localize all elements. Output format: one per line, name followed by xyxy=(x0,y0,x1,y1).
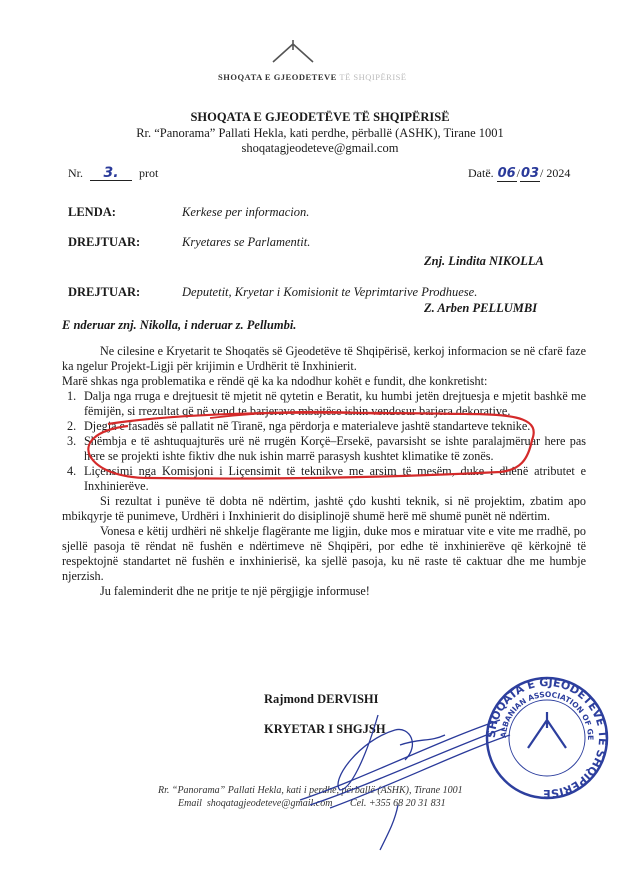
signatory-name: Rajmond DERVISHI xyxy=(264,692,379,707)
list-item: 4.Liçensimi nga Komisjoni i Liçensimit t… xyxy=(62,464,586,494)
problem-list: 1.Dalja nga rruga e drejtuesit të mjetit… xyxy=(62,389,586,494)
letter-body: Ne cilesine e Kryetarit te Shoqatës së G… xyxy=(62,344,586,599)
logo-triangle-icon xyxy=(268,40,318,66)
paragraph-results: Si rezultat i punëve të dobta në ndërtim… xyxy=(62,494,586,524)
date-year: 2024 xyxy=(546,166,570,180)
list-item: 3.Shëmbja e të ashtuquajturës urë në rru… xyxy=(62,434,586,464)
nr-suffix: prot xyxy=(139,166,158,180)
list-item: 2.Djegja e fasadës së pallatit në Tiranë… xyxy=(62,419,586,434)
nr-value: 3. xyxy=(90,166,132,181)
date-separator: / xyxy=(540,166,543,180)
protocol-number: Nr. 3. prot xyxy=(68,166,158,181)
logo-caption: SHOQATA E GJEODETEVE TË SHQIPËRISË xyxy=(218,72,407,82)
subject-label: LENDA: xyxy=(68,205,116,220)
logo-caption-faded: TË SHQIPËRISË xyxy=(339,72,406,82)
svg-text:SHOQATA E GJEODETEVE TE SHQIPE: SHOQATA E GJEODETEVE TE SHQIPERISE xyxy=(485,676,609,800)
list-item: 1.Dalja nga rruga e drejtuesit të mjetit… xyxy=(62,389,586,419)
addressee-1-role: Kryetares se Parlamentit. xyxy=(182,235,310,250)
list-number: 4. xyxy=(67,464,76,479)
org-address: Rr. “Panorama” Pallati Hekla, kati perdh… xyxy=(0,126,640,141)
paragraph-delay: Vonesa e këtij urdhëri në shkelje flagër… xyxy=(62,524,586,584)
subject-value: Kerkese per informacion. xyxy=(182,205,309,220)
signatory-title: KRYETAR I SHGJSH xyxy=(264,722,386,737)
date-label: Datë. xyxy=(468,166,494,180)
list-text: Shëmbja e të ashtuquajturës urë në rrugë… xyxy=(84,434,586,463)
footer-address: Rr. “Panorama” Pallati Hekla, kati i per… xyxy=(158,785,463,796)
intro-paragraph-2: Marë shkas nga problematika e rëndë që k… xyxy=(62,374,586,389)
list-text: Liçensimi nga Komisjoni i Liçensimit të … xyxy=(84,464,586,493)
footer-phone: Cel. +355 68 20 31 831 xyxy=(350,798,446,809)
list-number: 1. xyxy=(67,389,76,404)
intro-paragraph: Ne cilesine e Kryetarit te Shoqatës së G… xyxy=(62,344,586,374)
addressee-1-label: DREJTUAR: xyxy=(68,235,140,250)
list-text: Dalja nga rruga e drejtuesit të mjetit n… xyxy=(84,389,586,418)
list-text: Djegja e fasadës së pallatit në Tiranë, … xyxy=(84,419,530,433)
closing-line: Ju faleminderit dhe ne pritje te një për… xyxy=(62,584,586,599)
stamp-outer-text: SHOQATA E GJEODETEVE TE SHQIPERISE xyxy=(485,676,609,800)
footer-email-label: Email xyxy=(178,798,202,809)
addressee-2-name: Z. Arben PELLUMBI xyxy=(424,301,537,316)
footer-contact: Email shoqatagjeodeteve@gmail.com Cel. +… xyxy=(178,798,446,809)
list-number: 2. xyxy=(67,419,76,434)
logo-caption-bold: SHOQATA E GJEODETEVE xyxy=(218,72,337,82)
footer-email: shoqatagjeodeteve@gmail.com xyxy=(207,798,333,809)
org-email: shoqatagjeodeteve@gmail.com xyxy=(0,141,640,156)
nr-label: Nr. xyxy=(68,166,83,180)
document-date: Datë. 06/03/ 2024 xyxy=(468,166,570,182)
salutation: E nderuar znj. Nikolla, i nderuar z. Pel… xyxy=(62,318,296,333)
addressee-1-name: Znj. Lindita NIKOLLA xyxy=(424,254,544,269)
org-name: SHOQATA E GJEODETËVE TË SHQIPËRISË xyxy=(0,110,640,125)
list-number: 3. xyxy=(67,434,76,449)
addressee-2-role: Deputetit, Kryetar i Komisionit te Vepri… xyxy=(182,285,477,300)
date-day: 06 xyxy=(497,167,517,182)
addressee-2-label: DREJTUAR: xyxy=(68,285,140,300)
date-month: 03 xyxy=(520,167,540,182)
